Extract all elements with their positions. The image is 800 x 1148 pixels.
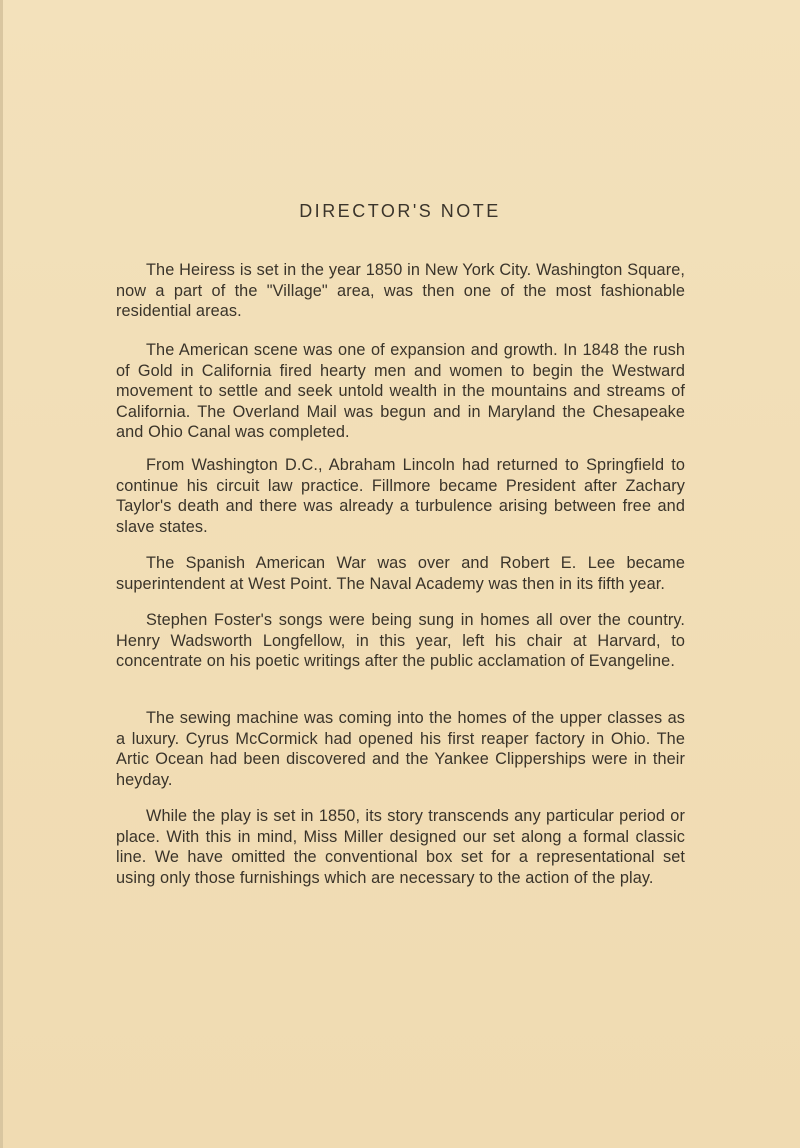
paragraph-4: The Spanish American War was over and Ro…	[116, 553, 685, 594]
paragraph-text: The Spanish American War was over and Ro…	[116, 553, 685, 594]
paragraph-text: While the play is set in 1850, its story…	[116, 806, 685, 888]
paragraph-text: The Heiress is set in the year 1850 in N…	[116, 260, 685, 322]
page-edge	[0, 0, 3, 1148]
paragraph-text: The sewing machine was coming into the h…	[116, 708, 685, 790]
paragraph-text: From Washington D.C., Abraham Lincoln ha…	[116, 455, 685, 537]
program-page: DIRECTOR'S NOTE The Heiress is set in th…	[0, 0, 800, 1148]
paragraph-5: Stephen Foster's songs were being sung i…	[116, 610, 685, 672]
paragraph-7: While the play is set in 1850, its story…	[116, 806, 685, 888]
paragraph-6: The sewing machine was coming into the h…	[116, 708, 685, 790]
paragraph-2: The American scene was one of expansion …	[116, 340, 685, 443]
paragraph-3: From Washington D.C., Abraham Lincoln ha…	[116, 455, 685, 537]
paragraph-text: Stephen Foster's songs were being sung i…	[116, 610, 685, 672]
paragraph-1: The Heiress is set in the year 1850 in N…	[116, 260, 685, 322]
page-title: DIRECTOR'S NOTE	[0, 201, 800, 222]
paragraph-text: The American scene was one of expansion …	[116, 340, 685, 443]
